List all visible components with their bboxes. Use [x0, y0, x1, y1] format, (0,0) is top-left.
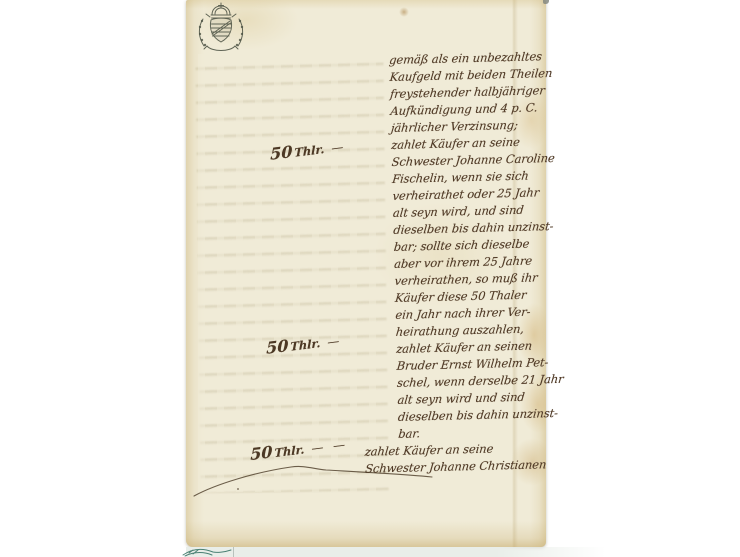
handwritten-text-block: gemäß als ein unbezahltes Kaufgeld mit b…: [388, 48, 550, 477]
margin-amount-value: 50: [270, 142, 292, 164]
margin-amount-unit: Thlr.: [294, 142, 324, 160]
bleed-through-dash-texture: [198, 54, 386, 492]
ink-flourish-line: [186, 440, 446, 510]
green-engraving-fragment: [179, 545, 235, 557]
margin-dash-leader: —: [327, 333, 342, 349]
scanned-manuscript-page: gemäß als ein unbezahltes Kaufgeld mit b…: [0, 0, 740, 557]
margin-dash-leader: —: [331, 139, 346, 155]
margin-amount-unit: Thlr.: [290, 336, 320, 354]
margin-amount-value: 50: [266, 336, 288, 358]
coat-of-arms-stamp-icon: [190, 1, 252, 57]
next-scan-strip: [186, 547, 606, 557]
paper-corner-notch: [543, 0, 549, 4]
